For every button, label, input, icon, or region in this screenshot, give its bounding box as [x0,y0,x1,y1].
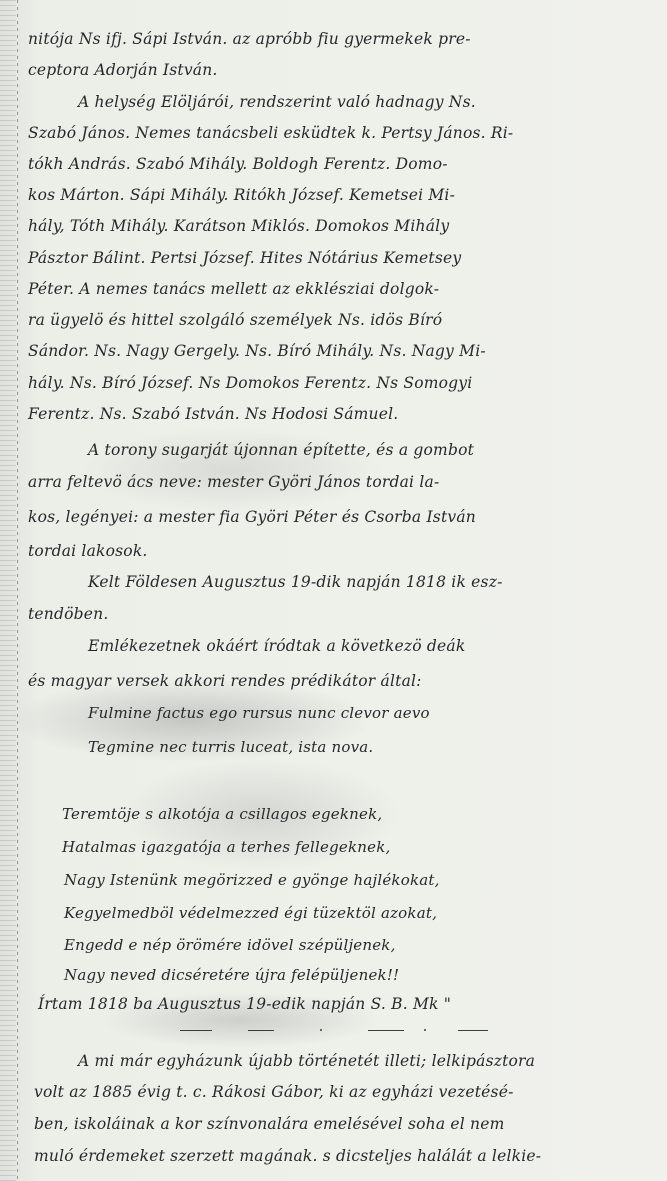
text-line: muló érdemeket szerzett magának. s dicst… [34,1147,541,1165]
text-line: hály. Ns. Bíró József. Ns Domokos Ferent… [28,374,472,392]
scanned-manuscript-page: nitója Ns ifj. Sápi István. az apróbb fi… [0,0,667,1181]
text-line: Emlékezetnek okáért íródtak a következö … [88,637,465,655]
text-line: nitója Ns ifj. Sápi István. az apróbb fi… [28,30,471,48]
text-line: volt az 1885 évig t. c. Rákosi Gábor, ki… [34,1083,514,1101]
text-line: A torony sugarját újonnan építette, és a… [88,441,474,459]
section-divider-dot [320,1029,322,1031]
section-divider [248,1030,274,1031]
verse-line: Nagy neved dicséretére újra felépüljenek… [64,966,399,984]
text-line: ceptora Adorján István. [28,61,218,79]
text-line: kos Márton. Sápi Mihály. Ritókh József. … [28,186,455,204]
text-line: tendöben. [28,605,108,623]
text-line: A helység Elöljárói, rendszerint való ha… [78,93,476,111]
text-line: Ferentz. Ns. Szabó István. Ns Hodosi Sám… [28,405,398,423]
text-line: A mi már egyházunk újabb történetét ille… [78,1052,535,1070]
text-line: Szabó János. Nemes tanácsbeli esküdtek k… [28,124,513,142]
verse-line: Kegyelmedböl védelmezzed égi tüzektöl az… [64,904,437,922]
text-line: ra ügyelö és hittel szolgáló személyek N… [28,311,442,329]
text-line: tókh András. Szabó Mihály. Boldogh Feren… [28,155,448,173]
verse-line: Engedd e nép örömére idövel szépüljenek, [64,936,396,954]
scan-edge-noise [0,0,16,1181]
signature-line: Írtam 1818 ba Augusztus 19-edik napján S… [38,995,451,1013]
text-line: kos, legényei: a mester fia Györi Péter … [28,508,476,526]
left-margin-rule [17,0,18,1181]
verse-line: Hatalmas igazgatója a terhes fellegeknek… [62,838,391,856]
text-line: Kelt Földesen Augusztus 19-dik napján 18… [88,573,503,591]
text-line: Pásztor Bálint. Pertsi József. Hites Nót… [28,249,461,267]
text-line: arra feltevö ács neve: mester Györi Jáno… [28,473,439,491]
verse-line: Nagy Istenünk megörizzed e gyönge hajlék… [64,871,440,889]
text-line: tordai lakosok. [28,542,148,560]
text-line: hály, Tóth Mihály. Karátson Miklós. Domo… [28,217,449,235]
section-divider [368,1030,404,1031]
text-line: és magyar versek akkori rendes prédikáto… [28,672,422,690]
verse-line: Teremtöje s alkotója a csillagos egeknek… [62,805,382,823]
verse-line: Fulmine factus ego rursus nunc clevor ae… [88,704,430,722]
verse-line: Tegmine nec turris luceat, ista nova. [88,738,373,756]
text-line: ben, iskoláinak a kor színvonalára emelé… [34,1115,505,1133]
text-line: Péter. A nemes tanács mellett az ekklész… [28,280,439,298]
section-divider [180,1030,212,1031]
section-divider-dot [424,1029,426,1031]
text-line: Sándor. Ns. Nagy Gergely. Ns. Bíró Mihál… [28,342,486,360]
section-divider [458,1030,488,1031]
